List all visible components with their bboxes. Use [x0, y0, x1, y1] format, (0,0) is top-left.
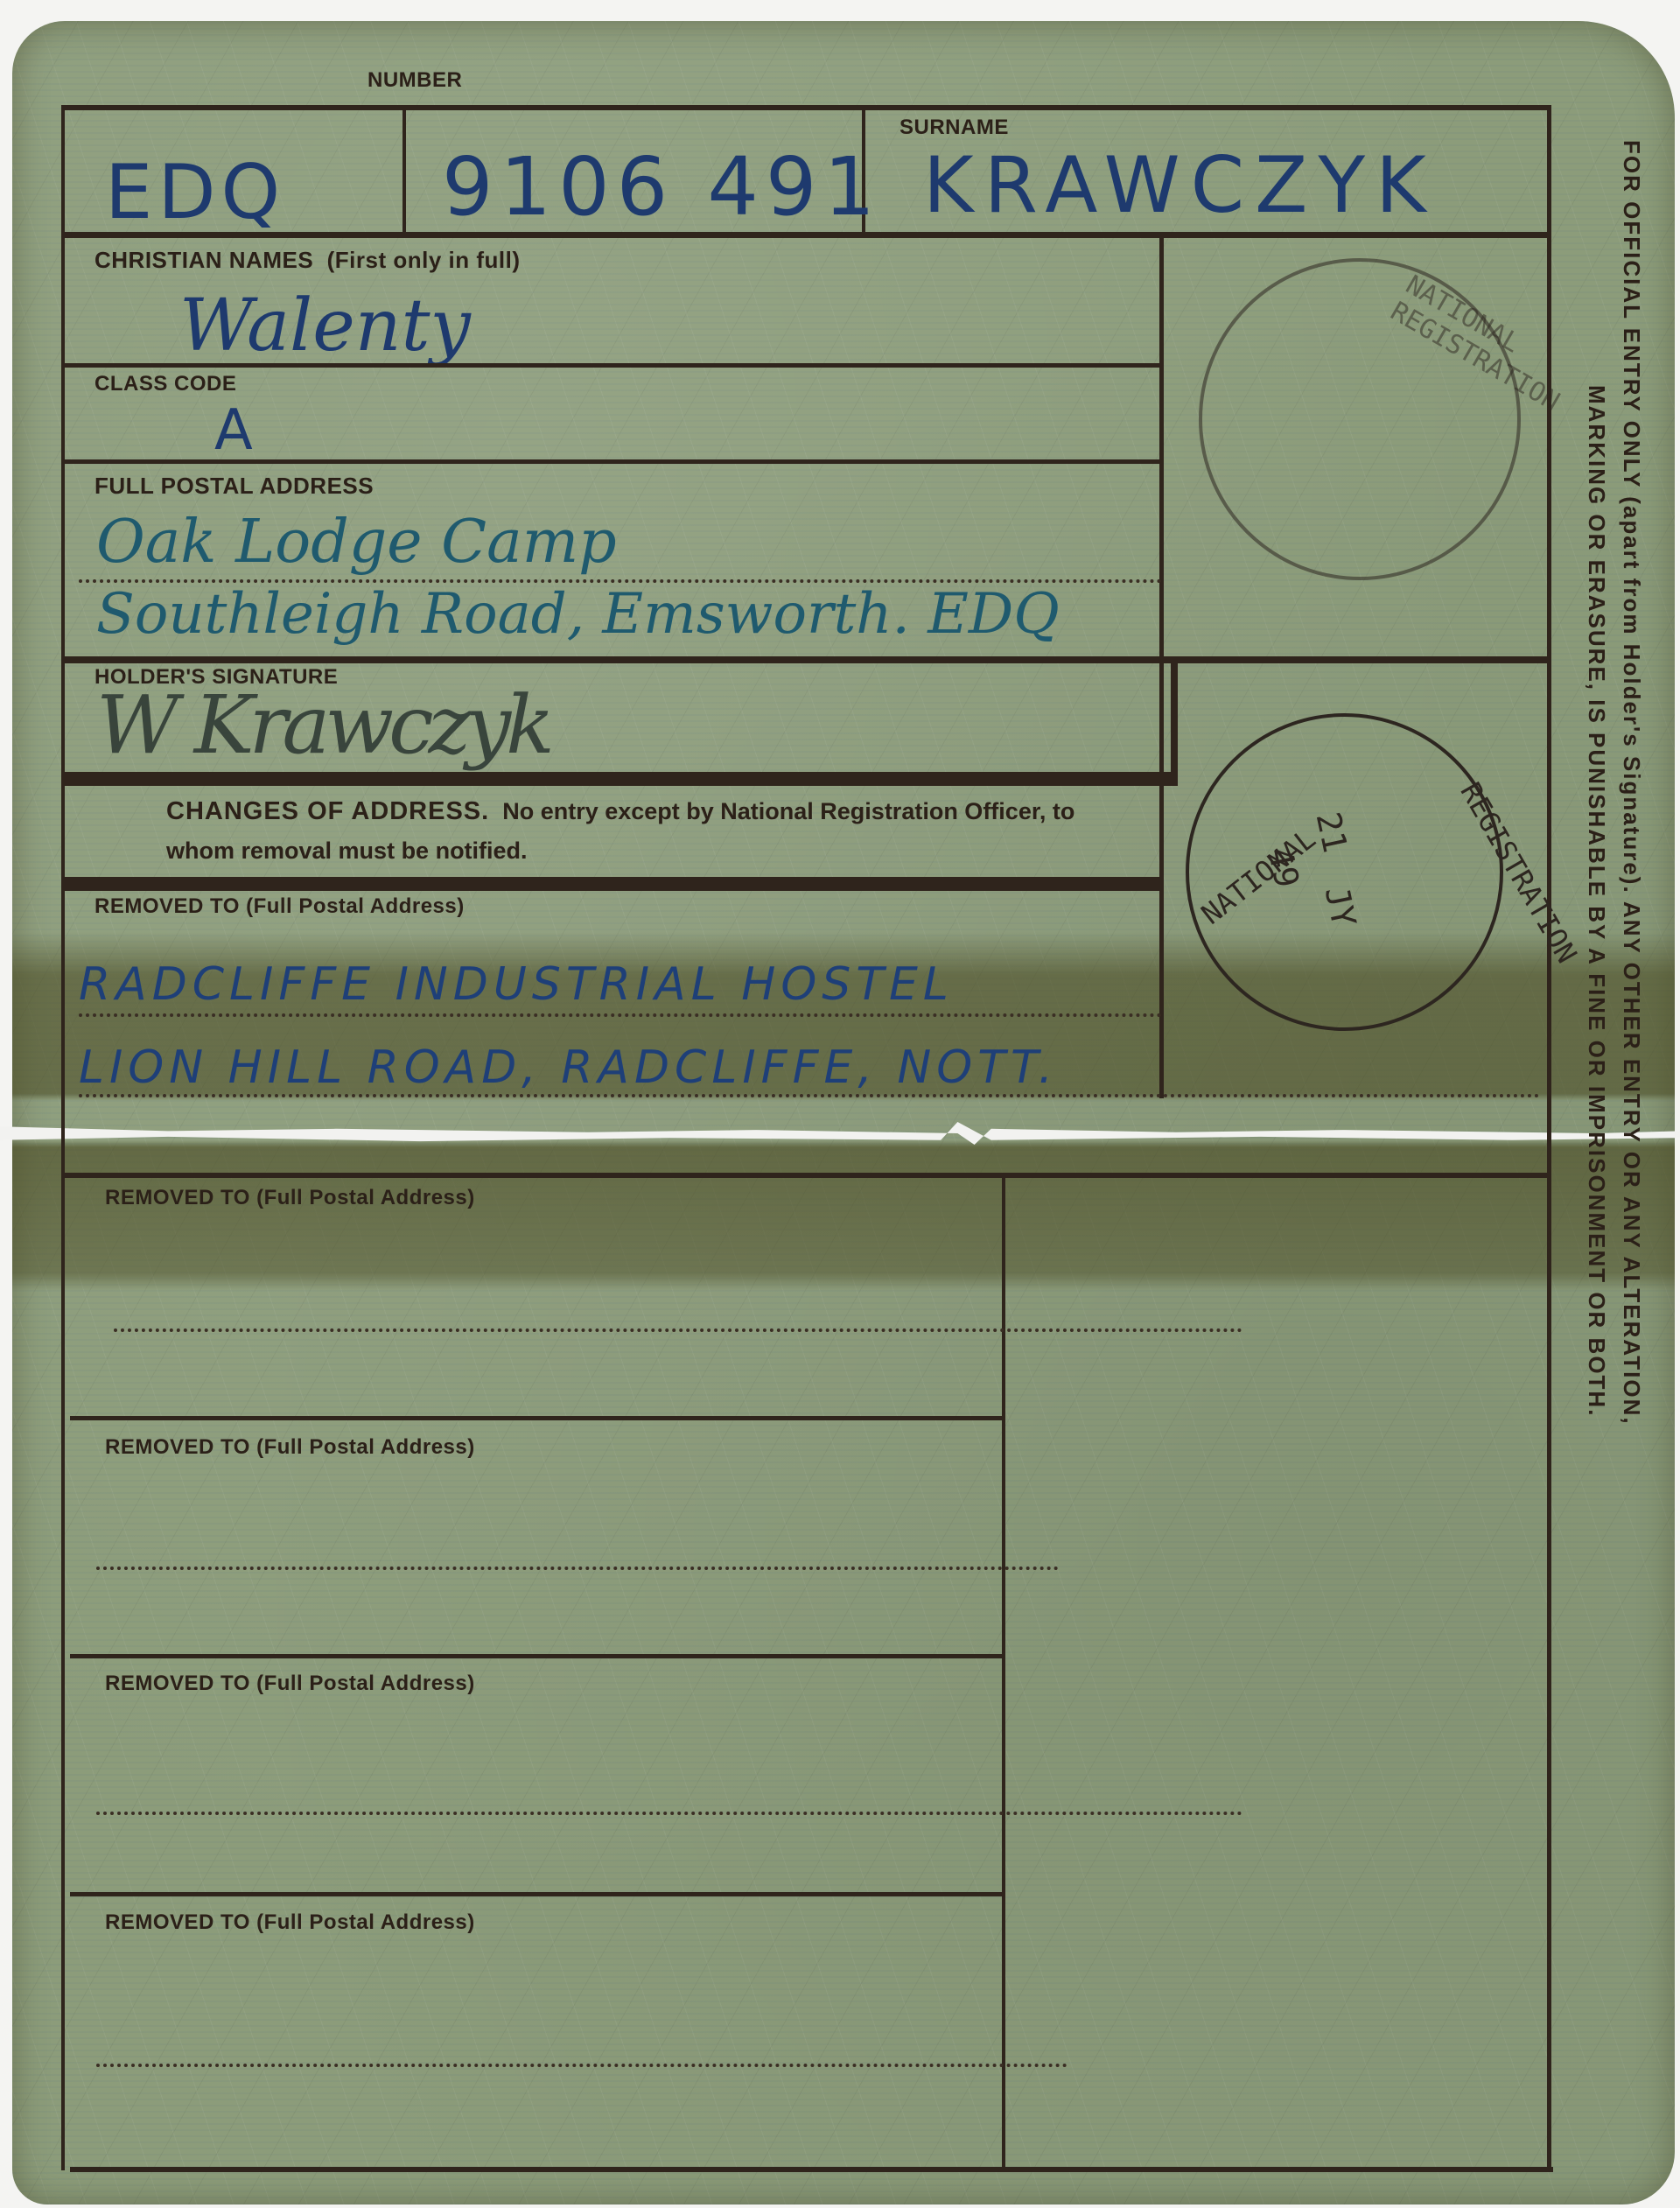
stamp-date-day: 21 [1309, 809, 1355, 856]
removal-4-bottom-rule [70, 1892, 1004, 1896]
lower-top-rule [61, 1173, 1549, 1178]
faint-registration-stamp: NATIONAL REGISTRATION [1199, 258, 1521, 580]
changes-of-address-notice: CHANGES OF ADDRESS. No entry except by N… [166, 792, 1085, 871]
signature-bottom-rule [61, 772, 1178, 786]
side-notice-line2: MARKING OR ERASURE, IS PUNISHABLE BY A F… [1583, 385, 1610, 1417]
removal-2-label: REMOVED TO (Full Postal Address) [105, 1186, 475, 1210]
header-divider-1 [402, 105, 406, 236]
registration-number: 9106 491 [442, 140, 882, 234]
removal-3-dotted-rule [96, 1567, 1059, 1570]
removal-4-label: REMOVED TO (Full Postal Address) [105, 1672, 475, 1696]
removal-1-line1: RADCLIFFE INDUSTRIAL HOSTEL [79, 958, 954, 1011]
notice-bottom-rule [61, 877, 1162, 891]
header-bottom-rule [61, 232, 1549, 238]
removal-3-label: REMOVED TO (Full Postal Address) [105, 1435, 475, 1460]
removal-1-bottom-dotted [79, 1094, 1540, 1097]
removal-3-bottom-rule [70, 1654, 1004, 1658]
christian-names-value: Walenty [179, 284, 471, 368]
christian-names-rule [61, 363, 1162, 368]
side-notice-line1: FOR OFFICIAL ENTRY ONLY (apart from Hold… [1618, 140, 1645, 1426]
surname-value: KRAWCZYK [923, 140, 1437, 230]
header-top-rule [61, 105, 1549, 110]
christian-names-label: CHRISTIAN NAMES (First only in full) [94, 247, 521, 274]
class-code-value: A [214, 398, 262, 463]
removal-5-dotted-rule [96, 2064, 1067, 2067]
surname-label: SURNAME [899, 116, 1009, 140]
removal-1-line2: LION HILL ROAD, RADCLIFFE, NOTT. [79, 1041, 1058, 1094]
postal-address-label: FULL POSTAL ADDRESS [94, 473, 374, 500]
registration-code: EDQ [105, 149, 285, 236]
lower-bottom-rule [70, 2167, 1553, 2172]
number-label: NUMBER [367, 68, 462, 93]
holder-signature: W Krawczyk [96, 678, 549, 772]
removal-2-bottom-rule [70, 1416, 1004, 1420]
lower-column-divider [1002, 1173, 1005, 2170]
stamp-date-year: 49 [1261, 844, 1307, 891]
signature-box-edge [1171, 656, 1178, 786]
address-bottom-rule [61, 656, 1549, 663]
removal-5-label: REMOVED TO (Full Postal Address) [105, 1910, 475, 1935]
removal-1-label: REMOVED TO (Full Postal Address) [94, 894, 465, 919]
removal-1-dotted-rule [79, 1013, 1162, 1017]
stamp-column-divider [1159, 232, 1164, 1098]
class-code-rule [61, 459, 1162, 464]
stamp-date-month: JY [1318, 883, 1364, 930]
removal-2-dotted-rule [114, 1328, 1242, 1332]
postal-address-line2: Southleigh Road, Emsworth. EDQ [96, 582, 1060, 647]
postal-address-line1: Oak Lodge Camp [96, 508, 617, 577]
left-border [61, 105, 65, 2170]
national-registration-stamp: NATIONAL REGISTRATION 21 JY 49 [1186, 713, 1503, 1031]
removal-4-dotted-rule [96, 1812, 1242, 1815]
class-code-label: CLASS CODE [94, 372, 236, 396]
